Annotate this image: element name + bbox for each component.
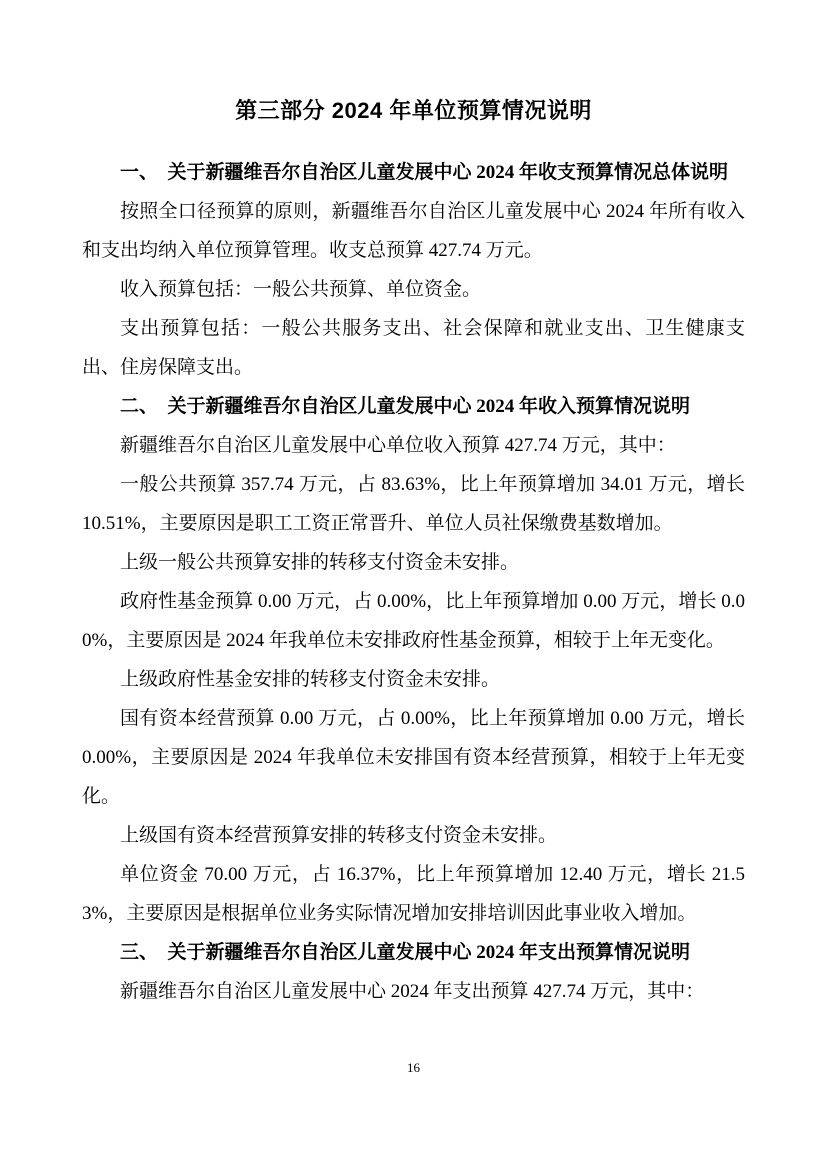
para-total-budget-overview: 按照全口径预算的原则，新疆维吾尔自治区儿童发展中心 2024 年所有收入和支出均… [82,192,745,270]
para-general-public-budget: 一般公共预算 357.74 万元，占 83.63%，比上年预算增加 34.01 … [82,465,745,543]
page-title: 第三部分 2024 年单位预算情况说明 [82,94,745,128]
para-superior-state-capital-transfer: 上级国有资本经营预算安排的转移支付资金未安排。 [82,816,745,855]
heading-section-2-income-budget: 二、 关于新疆维吾尔自治区儿童发展中心 2024 年收入预算情况说明 [82,387,745,426]
para-government-fund-budget: 政府性基金预算 0.00 万元，占 0.00%，比上年预算增加 0.00 万元，… [82,582,745,660]
heading-section-3-expense-budget: 三、 关于新疆维吾尔自治区儿童发展中心 2024 年支出预算情况说明 [82,933,745,972]
para-income-total: 新疆维吾尔自治区儿童发展中心单位收入预算 427.74 万元，其中： [82,426,745,465]
page-number: 16 [0,1060,827,1076]
para-income-budget-includes: 收入预算包括：一般公共预算、单位资金。 [82,270,745,309]
para-expense-budget-includes: 支出预算包括：一般公共服务支出、社会保障和就业支出、卫生健康支出、住房保障支出。 [82,309,745,387]
para-expense-total: 新疆维吾尔自治区儿童发展中心 2024 年支出预算 427.74 万元，其中： [82,972,745,1011]
para-state-capital-budget: 国有资本经营预算 0.00 万元，占 0.00%，比上年预算增加 0.00 万元… [82,699,745,816]
document-page: 第三部分 2024 年单位预算情况说明 一、 关于新疆维吾尔自治区儿童发展中心 … [0,0,827,1170]
heading-section-1-overall-budget: 一、 关于新疆维吾尔自治区儿童发展中心 2024 年收支预算情况总体说明 [82,153,745,192]
para-unit-funds: 单位资金 70.00 万元，占 16.37%，比上年预算增加 12.40 万元，… [82,855,745,933]
para-superior-general-public-transfer: 上级一般公共预算安排的转移支付资金未安排。 [82,543,745,582]
para-superior-government-fund-transfer: 上级政府性基金安排的转移支付资金未安排。 [82,660,745,699]
document-content: 第三部分 2024 年单位预算情况说明 一、 关于新疆维吾尔自治区儿童发展中心 … [82,94,745,1011]
